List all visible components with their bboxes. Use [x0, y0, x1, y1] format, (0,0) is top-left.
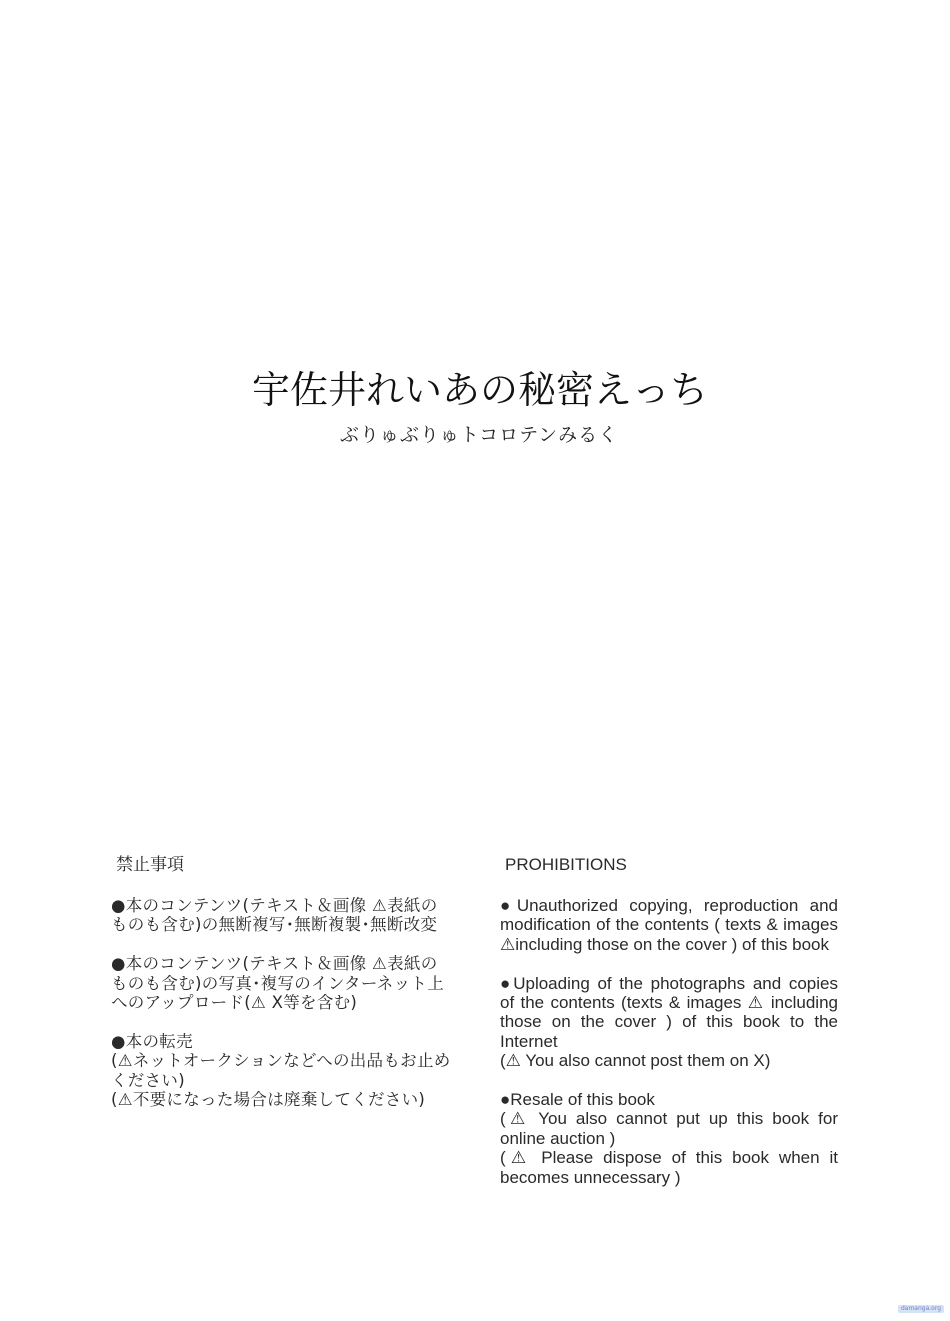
prohibition-note: (⚠ネットオークションなどへの出品もお止めください) [111, 1051, 451, 1090]
prohibition-text: ●本の転売 [111, 1032, 451, 1051]
prohibitions-english: PROHIBITIONS ●Unauthorized copying, repr… [500, 854, 838, 1206]
prohibition-item: ●Resale of this book (⚠ You also cannot … [500, 1090, 838, 1187]
book-title: 宇佐井れいあの秘密えっち [10, 364, 950, 416]
prohibition-note: (⚠ You also cannot post them on X) [500, 1051, 838, 1070]
prohibitions-heading-en: PROHIBITIONS [505, 854, 838, 876]
prohibitions-japanese: 禁止事項 ●本のコンテンツ(テキスト＆画像 ⚠表紙のものも含む)の無断複写･無断… [111, 854, 451, 1129]
prohibition-note: (⚠ Please dispose of this book when it b… [500, 1148, 838, 1187]
prohibition-note: (⚠不要になった場合は廃棄してください) [111, 1090, 451, 1109]
prohibition-text: ●本のコンテンツ(テキスト＆画像 ⚠表紙のものも含む)の写真･複写のインターネッ… [111, 954, 451, 1012]
prohibition-text: ●Resale of this book [500, 1090, 838, 1109]
prohibition-item: ●Unauthorized copying, reproduction and … [500, 896, 838, 954]
prohibition-item: ●Uploading of the photographs and copies… [500, 974, 838, 1071]
book-author: ぶりゅぶりゅトコロテンみるく [8, 422, 950, 448]
prohibition-note: (⚠ You also cannot put up this book for … [500, 1109, 838, 1148]
watermark-label: damanga.org [898, 1305, 944, 1313]
prohibitions-heading-ja: 禁止事項 [116, 854, 451, 876]
prohibition-item: ●本のコンテンツ(テキスト＆画像 ⚠表紙のものも含む)の無断複写･無断複製･無断… [111, 896, 451, 935]
prohibition-text: ●Unauthorized copying, reproduction and … [500, 896, 838, 954]
prohibition-item: ●本の転売 (⚠ネットオークションなどへの出品もお止めください) (⚠不要になっ… [111, 1032, 451, 1110]
prohibition-text: ●Uploading of the photographs and copies… [500, 974, 838, 1052]
title-block: 宇佐井れいあの秘密えっち ぶりゅぶりゅトコロテンみるく [0, 364, 950, 448]
prohibition-item: ●本のコンテンツ(テキスト＆画像 ⚠表紙のものも含む)の写真･複写のインターネッ… [111, 954, 451, 1012]
prohibition-text: ●本のコンテンツ(テキスト＆画像 ⚠表紙のものも含む)の無断複写･無断複製･無断… [111, 896, 451, 935]
